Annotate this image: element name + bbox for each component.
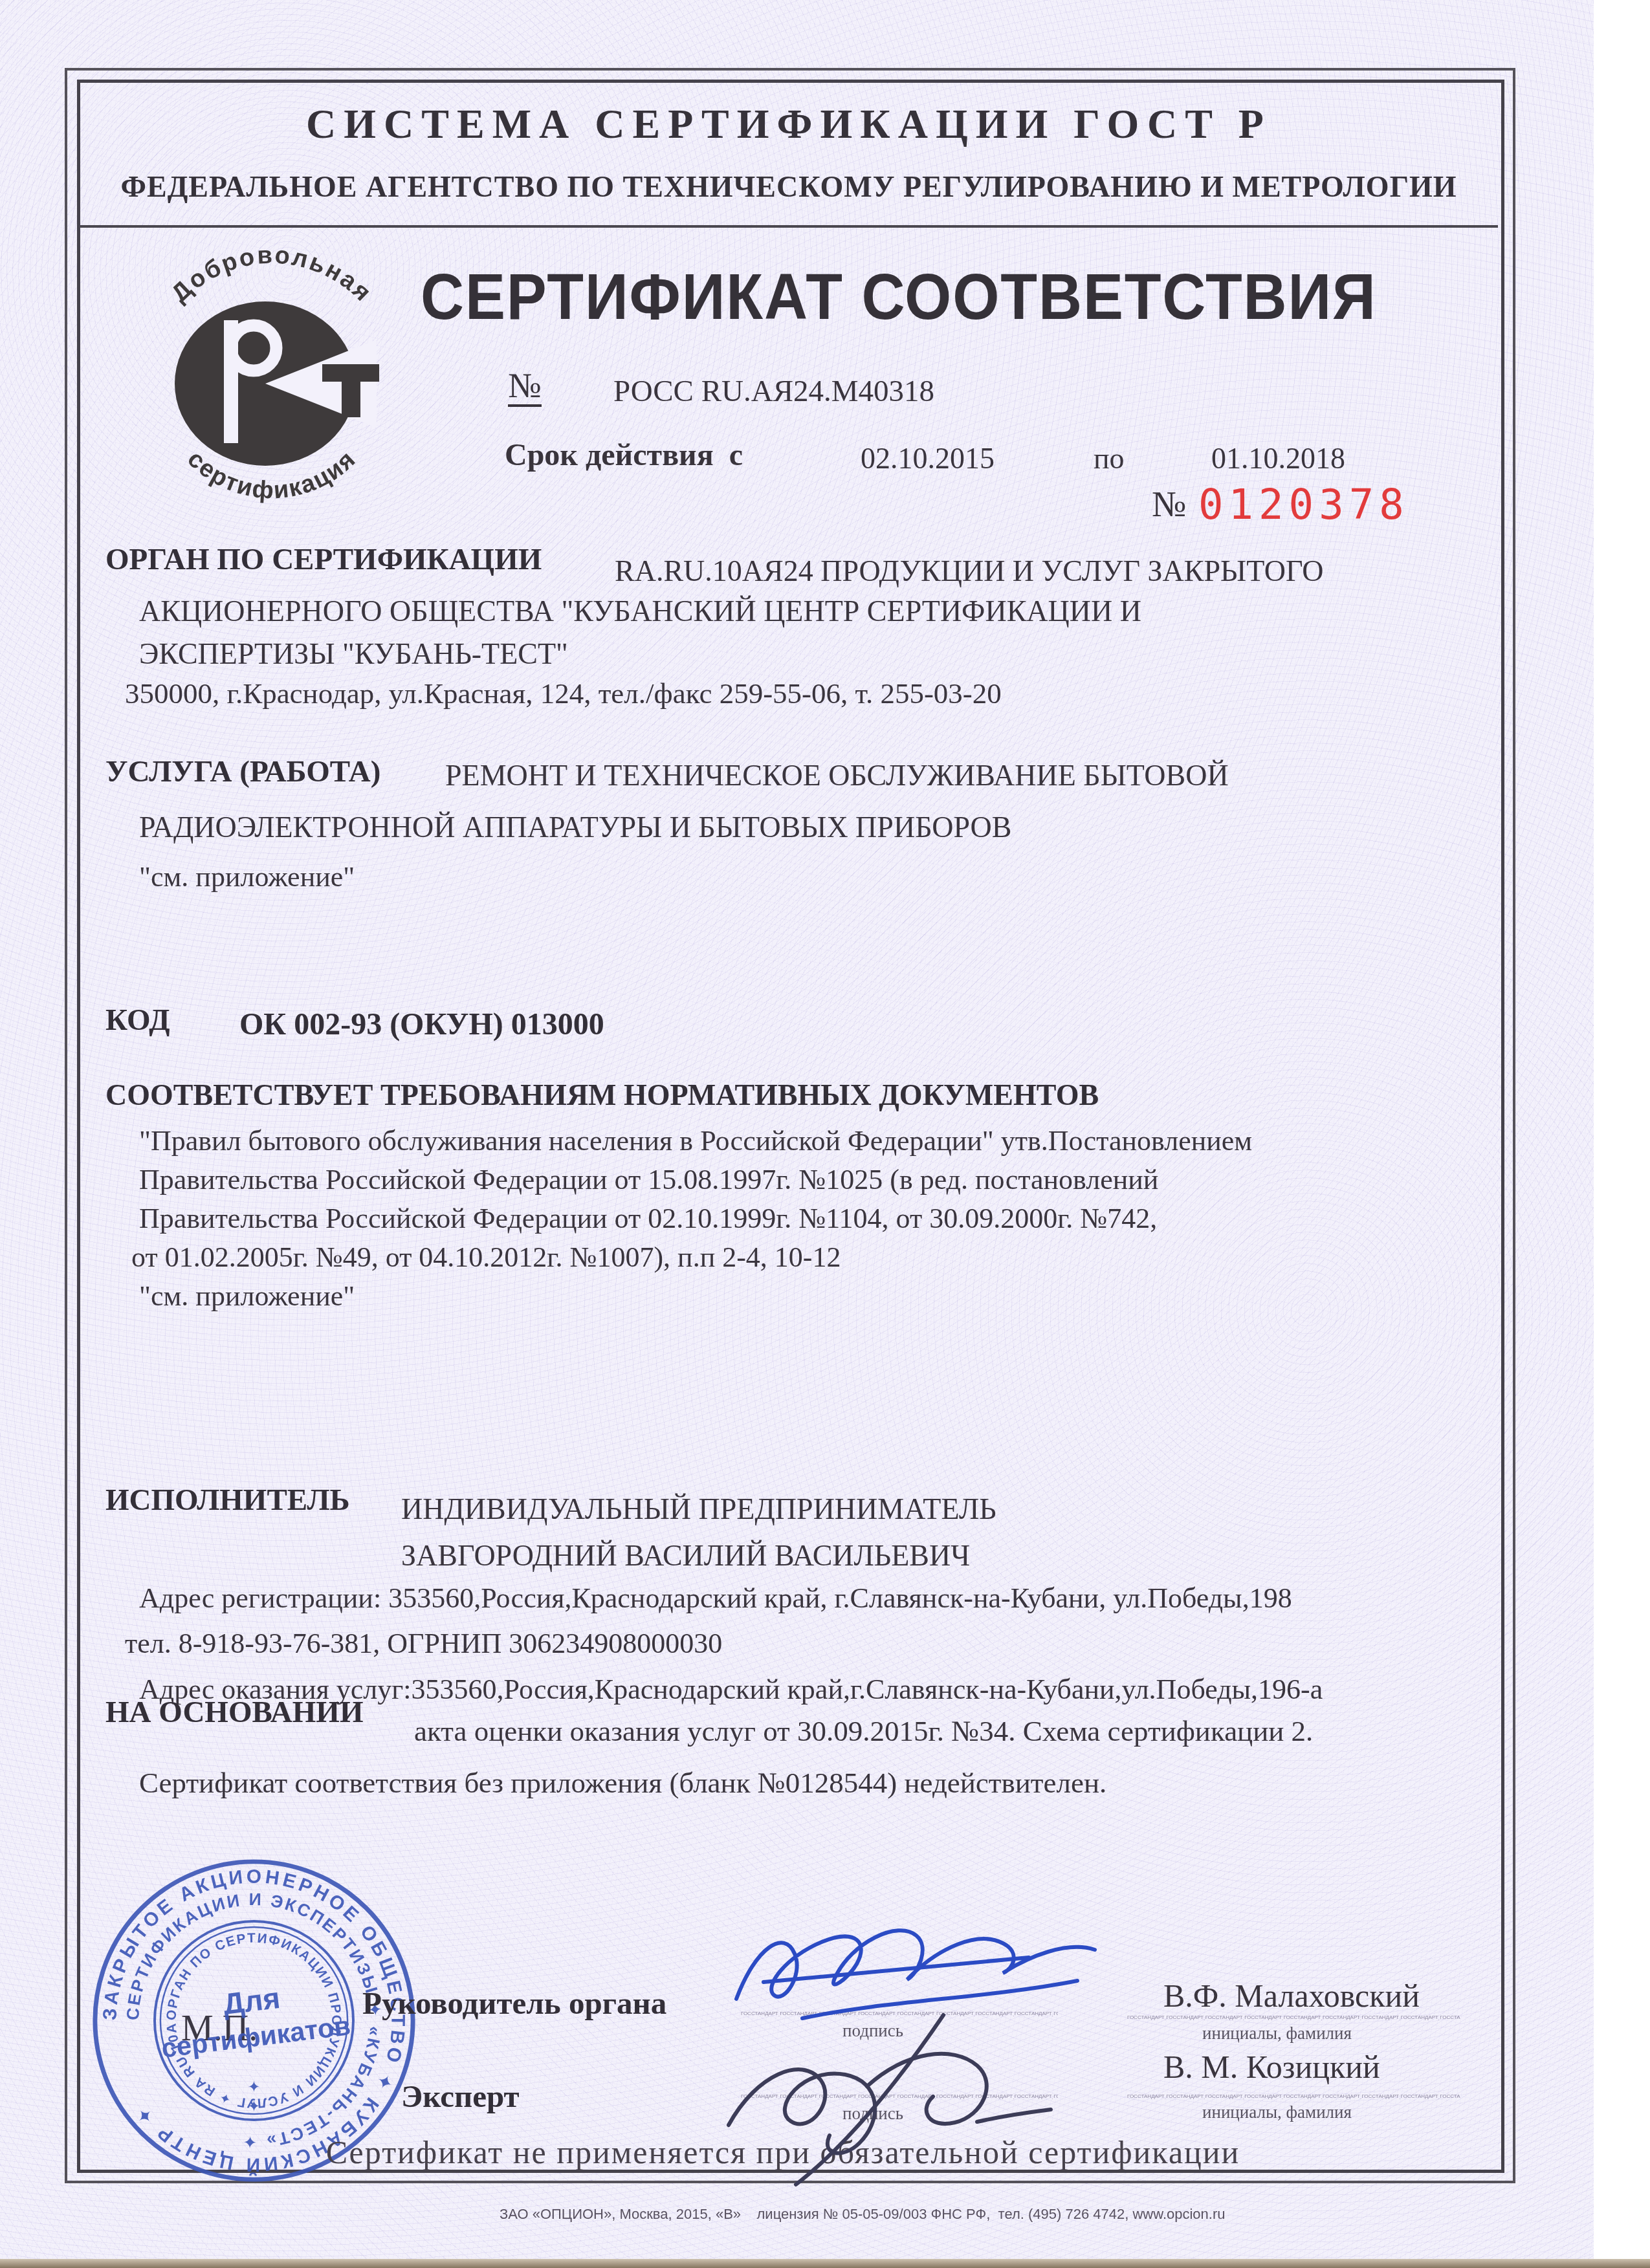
rst-mark-icon <box>175 301 379 466</box>
expert-role-label: Эксперт <box>401 2078 520 2115</box>
stamp-center-line1: Для <box>221 1981 282 2021</box>
head-name-line: ГОССТАНДАРТ͵ГОССТАНДАРТ͵ГОССТАНДАРТ͵ГОСС… <box>1127 2014 1460 2021</box>
organ-section-label: ОРГАН ПО СЕРТИФИКАЦИИ <box>105 542 542 577</box>
organ-address: 350000, г.Краснодар, ул.Красная, 124, те… <box>125 677 1002 710</box>
scan-edge <box>0 2259 1650 2268</box>
stamp-star-1: ✦ <box>248 2078 261 2096</box>
validity-label: Срок действия с <box>505 437 743 473</box>
printer-imprint: ЗАО «ОПЦИОН», Москва, 2015, «В» лицензия… <box>500 2206 1226 2223</box>
certificate-title: СЕРТИФИКАТ СООТВЕТСТВИЯ <box>421 260 1460 334</box>
basis-value: акта оценки оказания услуг от 30.09.2015… <box>414 1714 1313 1748</box>
conformity-appendix-note: "см. приложение" <box>139 1280 355 1313</box>
conformity-line-3: Правительства Российской Федерации от 02… <box>139 1202 1157 1235</box>
executor-line1: ИНДИВИДУАЛЬНЫЙ ПРЕДПРИНИМАТЕЛЬ <box>401 1492 996 1526</box>
organ-line3: ЭКСПЕРТИЗЫ "КУБАНЬ-ТЕСТ" <box>139 637 568 671</box>
blank-number-value: 0120378 <box>1198 481 1409 529</box>
stamp-star-2: ✦ <box>248 2098 261 2115</box>
blank-invalid-note: Сертификат соответствия без приложения (… <box>139 1766 1106 1800</box>
svg-text:Добровольная: Добровольная <box>166 243 377 308</box>
certificate-page: СИСТЕМА СЕРТИФИКАЦИИ ГОСТ Р ФЕДЕРАЛЬНОЕ … <box>0 0 1650 2268</box>
blank-number-label: № <box>1152 484 1186 525</box>
code-section-label: КОД <box>105 1003 170 1038</box>
validity-to: 01.10.2018 <box>1211 441 1345 475</box>
executor-phone-line: тел. 8-918-93-76-381, ОГРНИП 30623490800… <box>125 1627 722 1660</box>
service-line2: РАДИОЭЛЕКТРОННОЙ АППАРАТУРЫ И БЫТОВЫХ ПР… <box>139 810 1012 844</box>
service-section-label: УСЛУГА (РАБОТА) <box>105 754 380 789</box>
conformity-line-1: "Правил бытового обслуживания населения … <box>139 1124 1252 1157</box>
head-name-caption: инициалы, фамилия <box>1202 2023 1352 2044</box>
rst-voluntary-certification-logo: Добровольная сертификация <box>136 243 408 514</box>
expert-name-line: ГОССТАНДАРТ͵ГОССТАНДАРТ͵ГОССТАНДАРТ͵ГОСС… <box>1127 2093 1460 2100</box>
expert-signature <box>705 1989 1068 2203</box>
head-role-label: Руководитель органа <box>362 1985 666 2022</box>
executor-section-label: ИСПОЛНИТЕЛЬ <box>105 1483 350 1518</box>
executor-line2: ЗАВГОРОДНИЙ ВАСИЛИЙ ВАСИЛЬЕВИЧ <box>401 1538 970 1573</box>
executor-reg-address: Адрес регистрации: 353560,Россия,Краснод… <box>139 1582 1292 1615</box>
validity-from: 02.10.2015 <box>861 441 995 475</box>
basis-section-label: НА ОСНОВАНИИ <box>105 1695 363 1730</box>
conformity-section-label: СООТВЕТСТВУЕТ ТРЕБОВАНИЯМ НОРМАТИВНЫХ ДО… <box>105 1078 1099 1112</box>
conformity-line-2: Правительства Российской Федерации от 15… <box>139 1163 1158 1196</box>
logo-arc-top-text: Добровольная <box>166 243 377 308</box>
code-value: ОК 002-93 (ОКУН) 013000 <box>239 1007 604 1042</box>
organ-line2: АКЦИОНЕРНОГО ОБЩЕСТВА "КУБАНСКИЙ ЦЕНТР С… <box>139 594 1141 628</box>
header-separator <box>80 225 1498 228</box>
organ-line1: RA.RU.10АЯ24 ПРОДУКЦИИ И УСЛУГ ЗАКРЫТОГО <box>615 554 1324 588</box>
service-appendix-note: "см. приложение" <box>139 860 355 893</box>
expert-name: В. М. Козицкий <box>1163 2048 1380 2086</box>
header-agency-title: ФЕДЕРАЛЬНОЕ АГЕНТСТВО ПО ТЕХНИЧЕСКОМУ РЕ… <box>80 169 1498 204</box>
certificate-title-text: СЕРТИФИКАТ СООТВЕТСТВИЯ <box>421 260 1377 334</box>
header-system-title: СИСТЕМА СЕРТИФИКАЦИИ ГОСТ Р <box>80 100 1498 148</box>
number-value: РОСС RU.АЯ24.М40318 <box>613 374 934 409</box>
number-label: № <box>508 367 542 407</box>
service-line1: РЕМОНТ И ТЕХНИЧЕСКОЕ ОБСЛУЖИВАНИЕ БЫТОВО… <box>445 758 1229 792</box>
conformity-line-4: от 01.02.2005г. №49, от 04.10.2012г. №10… <box>131 1241 841 1274</box>
validity-to-label: по <box>1094 441 1125 475</box>
head-name: В.Ф. Малаховский <box>1163 1977 1420 2014</box>
expert-name-caption: инициалы, фамилия <box>1202 2102 1352 2122</box>
